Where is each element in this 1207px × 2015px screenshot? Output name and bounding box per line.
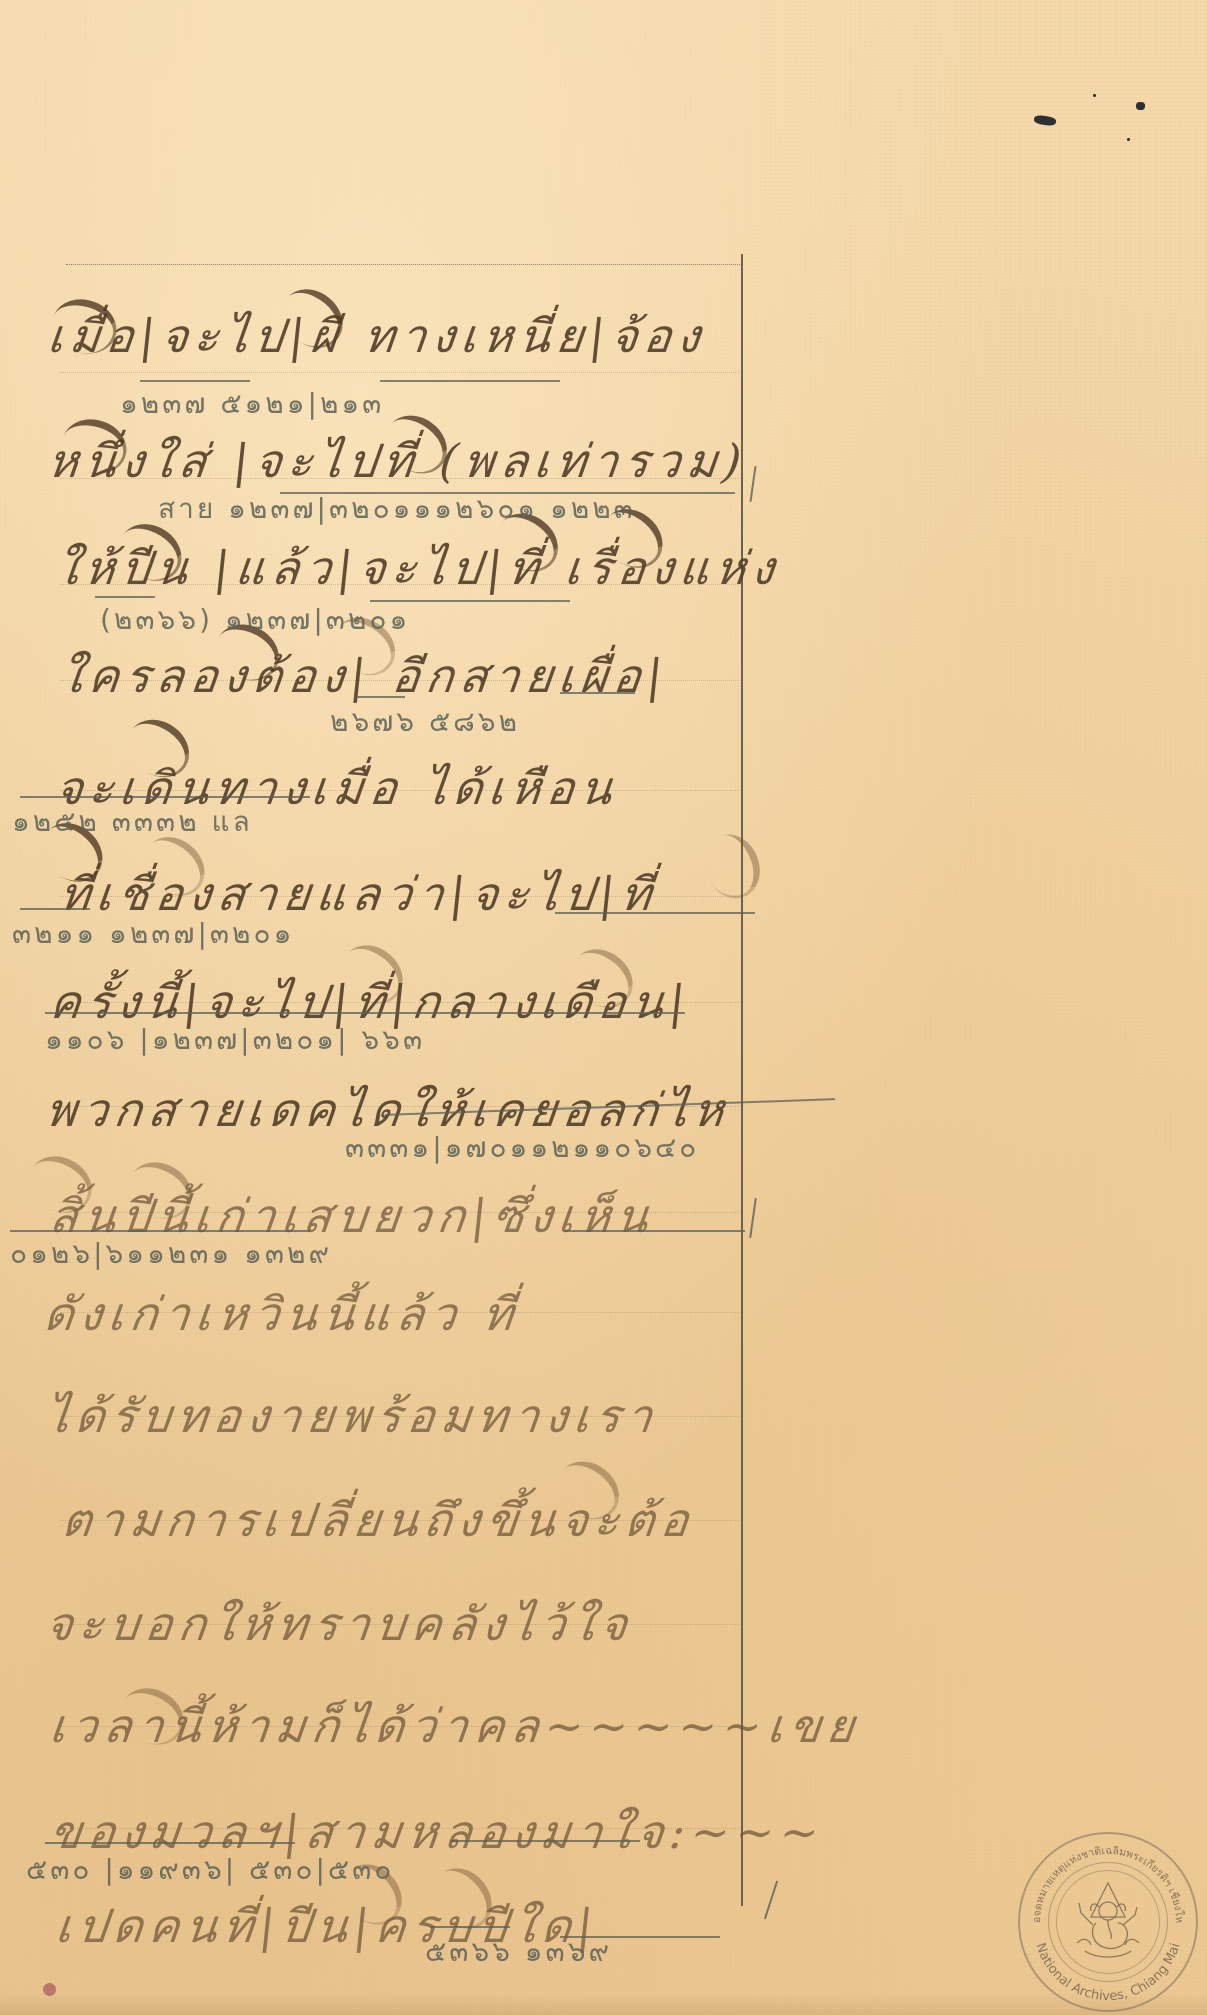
numeral-codes: ๑๑๐๖ |๑๒๓๗|๓๒๐๑| ๖๖๓ <box>45 1018 425 1062</box>
numeral-codes: ๕๓๐ |๑๑๙๓๖| ๕๓๐|๕๓๐ <box>26 1848 394 1892</box>
line-text: ตามการเปลี่ยนถึงขึ้นจะต้อ <box>58 1484 698 1557</box>
archive-stamp: หอจดหมายเหตุแห่งชาติเฉลิมพระเกียรติฯ เชี… <box>1018 1832 1198 2012</box>
red-ink-mark <box>43 1983 56 1996</box>
pencil-underline <box>380 380 560 382</box>
numeral-codes: ๓๓๓๑|๑๗๐๑๑๒๑๑๐๖๔๐ <box>345 1126 699 1170</box>
pencil-underline <box>20 796 310 798</box>
numeral-codes: สาย ๑๒๓๗|๓๒๐๑๑๑๒๖๐๑ ๑๒๒๓ <box>158 487 636 531</box>
pencil-underline <box>565 1230 745 1232</box>
pencil-underline <box>355 696 405 698</box>
numeral-codes: ๕๓๖๖ ๑๓๖๙ <box>425 1930 612 1974</box>
line-text: เมื่อ|จะไป|ผี ทางเหนี่ย|จ้อง <box>44 300 710 373</box>
margin-vertical-line <box>741 254 743 1906</box>
numeral-codes: ๑๒๕๒ ๓๓๓๒ แล <box>12 800 253 844</box>
pencil-underline <box>45 1842 295 1844</box>
pencil-underline <box>20 908 90 910</box>
pencil-underline <box>430 1926 510 1928</box>
numeral-codes: (๒๓๖๖) ๑๒๓๗|๓๒๐๑ <box>100 598 410 642</box>
pencil-underline <box>555 912 755 914</box>
top-rule-line <box>66 264 742 265</box>
numeral-codes: ๑๒๓๗ ๕๑๒๑|๒๑๓ <box>120 382 384 426</box>
line-text: เวลานี้ห้ามก็ได้ว่าคล~~~~~เขย <box>46 1690 863 1763</box>
line-text: ให้ปีน |แล้ว|จะไป|ที่ เรื่องแห่ง <box>52 532 784 605</box>
numeral-codes: ๒๖๗๖ ๕๘๖๒ <box>330 700 520 744</box>
pencil-underline <box>45 1012 685 1014</box>
numeral-codes: ๐๑๒๖|๖๑๑๒๓๑ ๑๓๒๙ <box>10 1232 332 1276</box>
numeral-codes: ๓๒๑๑ ๑๒๓๗|๓๒๐๑ <box>12 912 294 956</box>
ganesha-icon <box>1063 1877 1153 1967</box>
pencil-underline <box>560 692 635 694</box>
pencil-underline <box>450 1840 640 1842</box>
line-text: ได้รับทองายพร้อมทางเรา <box>42 1380 662 1453</box>
line-text: ดังเก่าเหวินนี้แล้ว ที่ <box>40 1278 523 1351</box>
line-text: จะบอกให้ทราบคลังไว้ใจ <box>42 1588 637 1661</box>
